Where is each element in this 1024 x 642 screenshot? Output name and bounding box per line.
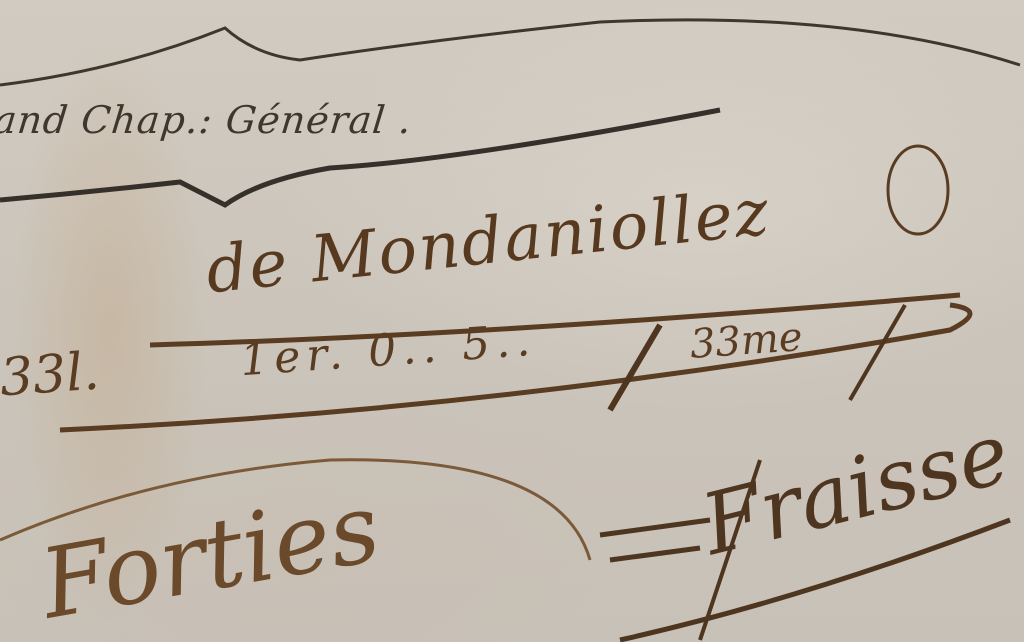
amount-left: 33l. bbox=[0, 342, 101, 409]
amount-right: 33me bbox=[689, 314, 804, 368]
printed-heading: and Chap.: Général . bbox=[0, 98, 414, 142]
